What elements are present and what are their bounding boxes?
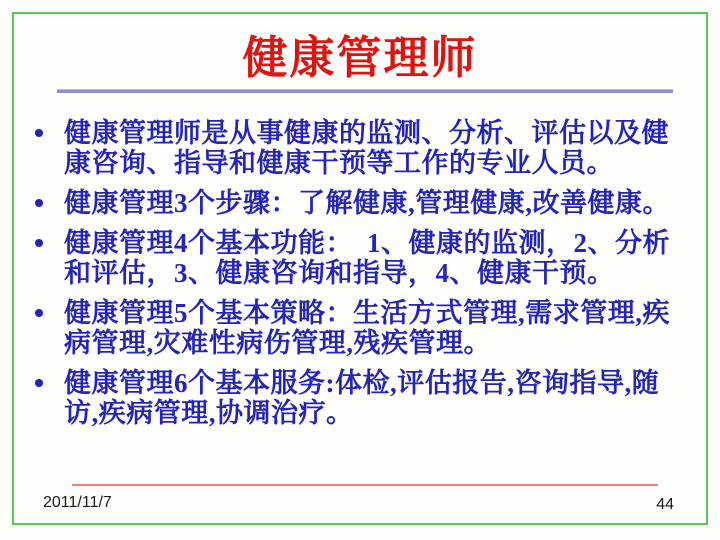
bullet-dot-icon xyxy=(35,199,43,207)
presentation-slide: 健康管理师 健康管理师是从事健康的监测、分析、评估以及健康咨询、指导和健康干预等… xyxy=(0,0,720,540)
bullet-item: 健康管理6个基本服务:体检,评估报告,咨询指导,随访,疾病管理,协调治疗。 xyxy=(33,368,693,428)
footer-divider xyxy=(72,484,658,486)
bullet-list: 健康管理师是从事健康的监测、分析、评估以及健康咨询、指导和健康干预等工作的专业人… xyxy=(33,118,693,438)
page-number: 44 xyxy=(656,496,674,514)
bullet-dot-icon xyxy=(35,239,43,247)
slide-title: 健康管理师 xyxy=(0,32,720,84)
bullet-text: 健康管理5个基本策略：生活方式管理,需求管理,疾病管理,灾难性病伤管理,残疾管理… xyxy=(64,298,693,358)
bullet-item: 健康管理师是从事健康的监测、分析、评估以及健康咨询、指导和健康干预等工作的专业人… xyxy=(33,118,693,178)
bullet-text: 健康管理6个基本服务:体检,评估报告,咨询指导,随访,疾病管理,协调治疗。 xyxy=(64,368,693,428)
bullet-dot-icon xyxy=(35,129,43,137)
footer-date: 2011/11/7 xyxy=(43,494,112,512)
bullet-item: 健康管理5个基本策略：生活方式管理,需求管理,疾病管理,灾难性病伤管理,残疾管理… xyxy=(33,298,693,358)
bullet-text: 健康管理3个步骤：了解健康,管理健康,改善健康。 xyxy=(64,188,670,218)
title-underline xyxy=(57,89,673,93)
bullet-dot-icon xyxy=(35,379,43,387)
bullet-dot-icon xyxy=(35,309,43,317)
bullet-text: 健康管理师是从事健康的监测、分析、评估以及健康咨询、指导和健康干预等工作的专业人… xyxy=(64,118,693,178)
bullet-item: 健康管理3个步骤：了解健康,管理健康,改善健康。 xyxy=(33,188,693,218)
bullet-item: 健康管理4个基本功能： 1、健康的监测，2、分析和评估，3、健康咨询和指导，4、… xyxy=(33,228,693,288)
bullet-text: 健康管理4个基本功能： 1、健康的监测，2、分析和评估，3、健康咨询和指导，4、… xyxy=(64,228,693,288)
